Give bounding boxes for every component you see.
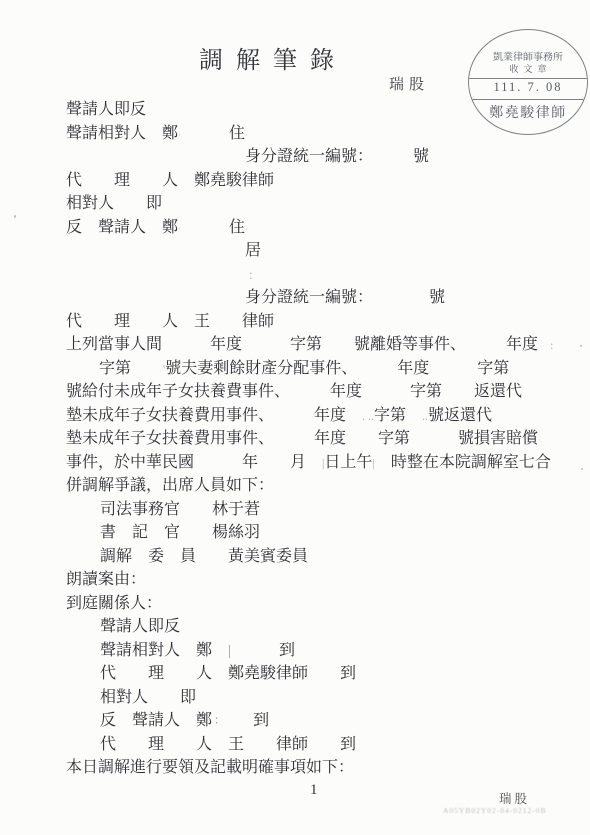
text-segment: 代 理 人 王 律師: [66, 313, 274, 330]
scan-artifact-speck: [580, 345, 582, 347]
document-title: 調解筆錄: [199, 40, 347, 75]
line-agent-cheng: 代 理 人 鄭堯駿律師: [66, 169, 590, 193]
line-mediator: 調解 委 員 黃美賓委員: [66, 545, 590, 569]
text-segment: 號夫妻剩餘財產分配事件、 年度 字第: [165, 360, 509, 377]
line-case-3: 號給付未成年子女扶養費事件、 年度 字第 返還代: [66, 380, 590, 404]
line-case-7: 併調解爭議，出席人員如下：: [66, 474, 590, 498]
text-segment: ..: [422, 409, 428, 423]
line-case-2: 字第 '號夫妻剩餘財產分配事件、 年度 字第: [66, 357, 590, 381]
line-claimant-respondent: 聲請相對人 鄭· 住·: [66, 122, 590, 146]
line-read-case: 朗讀案由：: [66, 568, 590, 592]
text-segment: 聲請相對人 鄭: [100, 642, 228, 659]
scan-artifact-speck: [581, 468, 583, 470]
line-att-respondent: 相對人 即: [66, 686, 590, 710]
faint-footer-code: A05YB02Y02-04-0212-0B: [443, 806, 547, 815]
stamp-date: 111. 7. 08: [493, 79, 562, 96]
text-segment: ·: [245, 224, 248, 234]
text-segment: 代 理 人 鄭堯駿律師 到: [100, 665, 356, 682]
text-segment: ·: [245, 130, 248, 140]
text-segment: 反 聲請人 鄭: [66, 219, 178, 236]
page-number: 1: [310, 782, 318, 799]
text-segment: 相對人 即: [100, 689, 196, 706]
text-segment: 聲請人即反: [66, 101, 146, 118]
text-segment: 司法事務官 林于莙: [100, 501, 260, 518]
text-segment: 朗讀案由：: [66, 571, 146, 588]
text-segment: |: [228, 643, 231, 659]
text-segment: 代 理 人 鄭堯駿律師: [66, 172, 274, 189]
text-segment: 到: [231, 642, 295, 659]
line-att-agent-wang: 代 理 人 王 律師 到: [66, 733, 590, 757]
text-segment: 書 記 官 楊絲羽: [100, 524, 260, 541]
line-att-counter-claimant: 反 聲請人 鄭 ∶ 到: [66, 709, 590, 733]
line-att-agent-cheng: 代 理 人 鄭堯駿律師 到: [66, 662, 590, 686]
text-segment: . ..: [362, 409, 374, 423]
line-counter-claimant: 反 聲請人 鄭· 住·: [66, 216, 590, 240]
text-segment: 字第: [374, 407, 422, 424]
text-segment: 併調解爭議，出席人員如下：: [66, 477, 274, 494]
text-segment: 住: [181, 219, 245, 236]
line-agent-wang: 代 理 人 王 律師: [66, 310, 590, 334]
line-attendees-heading: 到庭關係人：: [66, 592, 590, 616]
line-case-5: 墊未成年子女扶養費用事件、 年度 字第 號損害賠償: [66, 427, 590, 451]
scan-artifact-speck: [14, 215, 16, 218]
stamp-type-label: 收文章: [504, 62, 551, 75]
text-segment: 號返還代: [428, 407, 492, 424]
text-segment: 反 聲請人 鄭: [100, 712, 212, 729]
text-segment: 調解 委 員 黃美賓委員: [100, 548, 308, 565]
text-segment: 時整在本院調解室七合: [375, 454, 551, 471]
text-segment: 聲請相對人 鄭: [66, 125, 178, 142]
text-segment: 墊未成年子女扶養費用事件、 年度: [66, 407, 362, 424]
text-segment: 聲請人即反: [100, 618, 180, 635]
text-segment: ·: [178, 224, 181, 234]
line-claimant-counter-heading: 聲請人即反: [66, 98, 590, 122]
document-lines: 聲請人即反聲請相對人 鄭· 住·身分證統一編號： 號代 理 人 鄭堯駿律師相對人…: [66, 98, 590, 780]
text-segment: :: [538, 338, 553, 352]
text-segment: ·: [178, 130, 181, 140]
text-segment: 居: [245, 242, 261, 259]
text-segment: 到: [221, 712, 269, 729]
court-division-label-bottom: 瑞股: [499, 789, 530, 807]
text-segment: 墊未成年子女扶養費用事件、 年度 字第 號損害賠償: [66, 430, 538, 447]
line-case-6: 事件，於中華民國 年 月 |日上午| 時整在本院調解室七合: [66, 451, 590, 475]
line-case-4: 墊未成年子女扶養費用事件、 年度 . ..字第 ..號返還代: [66, 404, 590, 428]
line-judicial-officer: 司法事務官 林于莙: [66, 498, 590, 522]
text-segment: 住: [181, 125, 245, 142]
line-id-number-2: 身分證統一編號： 號: [66, 286, 590, 310]
text-segment: 身分證統一編號： 號: [245, 289, 445, 306]
text-segment: 代 理 人 王 律師 到: [100, 736, 356, 753]
line-clerk: 書 記 官 楊絲羽: [66, 521, 590, 545]
text-segment: 本日調解進行要領及記載明確事項如下：: [66, 759, 354, 776]
text-segment: ∶: [212, 714, 221, 728]
line-faint-colon: ：: [66, 263, 590, 287]
scanned-mediation-record-page: 調解筆錄 瑞股 凱業律師事務所 收文章 111. 7. 08 鄭堯駿律師 聲請人…: [0, 0, 590, 835]
text-segment: 上列當事人間 年度 字第 號離婚等事件、 年度: [66, 336, 538, 353]
text-segment: ': [163, 362, 165, 376]
text-segment: 號給付未成年子女扶養費事件、 年度 字第 返還代: [66, 383, 522, 400]
line-att-claimant-respondent: 聲請相對人 鄭 | 到: [66, 639, 590, 663]
text-segment: 身分證統一編號： 號: [245, 148, 429, 165]
line-respondent-heading: 相對人 即: [66, 192, 590, 216]
text-segment: |: [372, 456, 374, 470]
stamp-firm-name: 凱業律師事務所: [493, 48, 563, 62]
line-att-claimant: 聲請人即反: [66, 615, 590, 639]
text-segment: 事件，於中華民國 年 月: [66, 454, 322, 471]
text-segment: 到庭關係人：: [66, 595, 162, 612]
line-case-1: 上列當事人間 年度 字第 號離婚等事件、 年度 :: [66, 333, 590, 357]
line-summary: 本日調解進行要領及記載明確事項如下：: [66, 756, 590, 780]
text-segment: 相對人 即: [66, 195, 162, 212]
court-division-label-top: 瑞股: [389, 73, 429, 94]
line-id-number-1: 身分證統一編號： 號: [66, 145, 590, 169]
text-segment: ：: [245, 268, 260, 282]
line-residence: 居: [66, 239, 590, 263]
text-segment: 字第: [99, 360, 163, 377]
text-segment: 日上午: [324, 454, 372, 471]
